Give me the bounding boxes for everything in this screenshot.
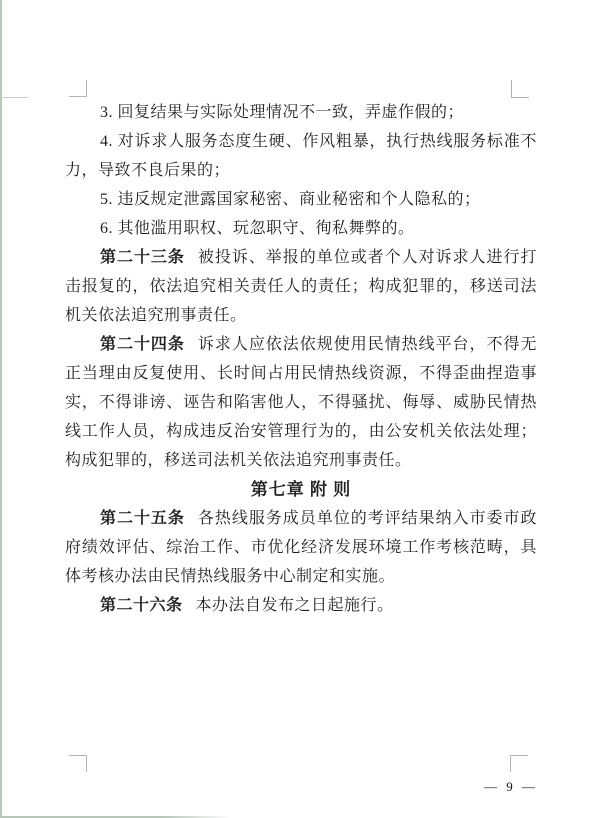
crop-mark-bottom-left <box>69 755 87 772</box>
document-page: 3. 回复结果与实际处理情况不一致，弄虚作假的； 4. 对诉求人服务态度生硬、作… <box>0 0 597 818</box>
crop-mark-top-left <box>69 80 87 97</box>
article-number-label: 第二十三条 <box>100 249 185 266</box>
scan-edge-left <box>0 0 2 818</box>
crop-mark-bottom-right <box>510 755 528 772</box>
article-number-label: 第二十五条 <box>100 510 185 527</box>
document-body: 3. 回复结果与实际处理情况不一致，弄虚作假的； 4. 对诉求人服务态度生硬、作… <box>65 98 537 620</box>
article-paragraph-26: 第二十六条本办法自发布之日起施行。 <box>65 591 537 620</box>
article-text: 诉求人应依法依规使用民情热线平台，不得无正当理由反复使用、长时间占用民情热线资源… <box>65 336 537 469</box>
article-number-label: 第二十六条 <box>100 597 183 614</box>
chapter-heading: 第七章 附 则 <box>65 475 537 504</box>
article-paragraph-25: 第二十五条各热线服务成员单位的考评结果纳入市委市政府绩效评估、综治工作、市优化经… <box>65 504 537 591</box>
crop-mark-top-right <box>511 80 529 98</box>
article-paragraph-23: 第二十三条被投诉、举报的单位或者个人对诉求人进行打击报复的，依法追究相关责任人的… <box>65 243 537 330</box>
article-text: 本办法自发布之日起施行。 <box>196 597 394 614</box>
scan-edge-top-left-stub <box>0 97 28 98</box>
page-number: — 9 — <box>436 779 586 795</box>
article-number-label: 第二十四条 <box>100 336 185 353</box>
list-item-4: 4. 对诉求人服务态度生硬、作风粗暴，执行热线服务标准不力，导致不良后果的； <box>65 127 537 185</box>
list-item-5: 5. 违反规定泄露国家秘密、商业秘密和个人隐私的； <box>65 185 537 214</box>
list-item-3: 3. 回复结果与实际处理情况不一致，弄虚作假的； <box>65 98 537 127</box>
article-paragraph-24: 第二十四条诉求人应依法依规使用民情热线平台，不得无正当理由反复使用、长时间占用民… <box>65 330 537 475</box>
list-item-6: 6. 其他滥用职权、玩忽职守、徇私舞弊的。 <box>65 214 537 243</box>
